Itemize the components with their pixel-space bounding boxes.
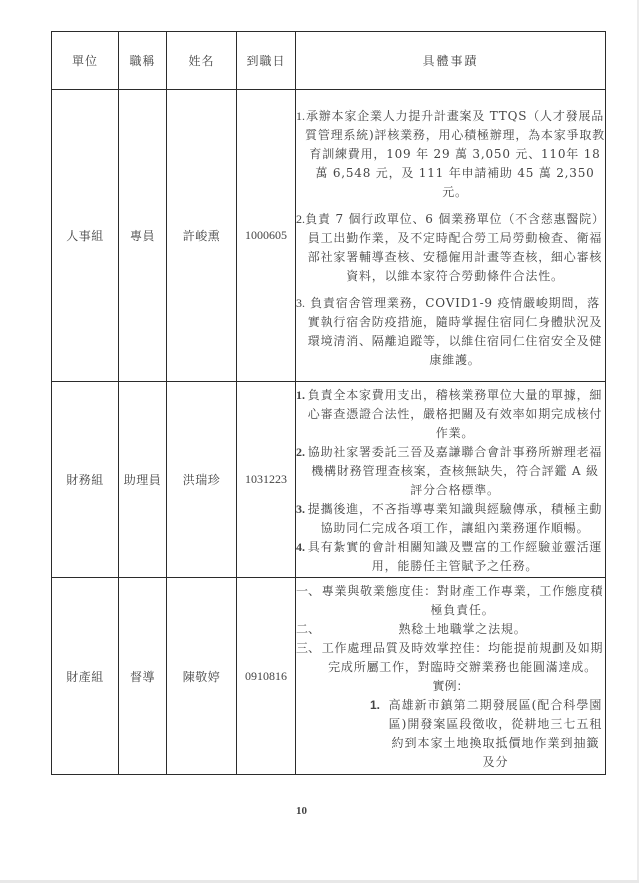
cell-name: 許峻熏 bbox=[167, 90, 237, 382]
cell-details: 1. 承辦本家企業人力提升計畫案及 TTQS（人才發展品質管理系統)評核業務，用… bbox=[296, 90, 606, 382]
detail-item: 4. 具有紮實的會計相關知識及豐富的工作經驗並靈活運用，能勝任主管賦予之任務。 bbox=[296, 538, 605, 576]
detail-number: 3. bbox=[296, 294, 305, 370]
cell-unit: 財產組 bbox=[52, 578, 119, 775]
detail-number: 2. bbox=[296, 443, 305, 500]
personnel-achievements-table: 單位 職稱 姓名 到職日 具體事蹟 人事組 專員 許峻熏 1000605 1. … bbox=[51, 31, 606, 775]
cell-start-date: 0910816 bbox=[237, 578, 296, 775]
detail-item: 1. 承辦本家企業人力提升計畫案及 TTQS（人才發展品質管理系統)評核業務，用… bbox=[296, 107, 605, 202]
example-text: 高雄新市鎮第二期發展區(配合科學園區)開發案區段徵收，從耕地三七五租約到本家土地… bbox=[386, 696, 605, 772]
example-label: 實例： bbox=[296, 677, 605, 696]
detail-number: 1. bbox=[296, 107, 305, 202]
detail-item: 1. 負責全本家費用支出，稽核業務單位大量的單據，細心審查憑證合法性，嚴格把關及… bbox=[296, 386, 605, 443]
header-details: 具體事蹟 bbox=[296, 32, 606, 90]
cell-details: 一、 專業與敬業態度佳：對財產工作專業，工作態度積極負責任。 二、 熟稔土地職掌… bbox=[296, 578, 606, 775]
cell-details: 1. 負責全本家費用支出，稽核業務單位大量的單據，細心審查憑證合法性，嚴格把關及… bbox=[296, 382, 606, 578]
example-number: 1. bbox=[364, 696, 386, 772]
cell-name: 陳敬婷 bbox=[167, 578, 237, 775]
detail-item: 2. 協助社家署委託三晉及嘉謙聯合會計事務所辦理老福機構財務管理查核案，查核無缺… bbox=[296, 443, 605, 500]
detail-number: 三、 bbox=[296, 639, 320, 677]
detail-text: 提攜後進，不吝指導專業知識與經驗傳承，積極主動協助同仁完成各項工作，讓組內業務運… bbox=[305, 500, 605, 538]
detail-number: 1. bbox=[296, 386, 305, 443]
cell-unit: 財務組 bbox=[52, 382, 119, 578]
table-header-row: 單位 職稱 姓名 到職日 具體事蹟 bbox=[52, 32, 606, 90]
detail-text: 熟稔土地職掌之法規。 bbox=[320, 620, 605, 639]
detail-number: 4. bbox=[296, 538, 305, 576]
header-unit: 單位 bbox=[52, 32, 119, 90]
cell-start-date: 1000605 bbox=[237, 90, 296, 382]
detail-text: 承辦本家企業人力提升計畫案及 TTQS（人才發展品質管理系統)評核業務，用心積極… bbox=[305, 107, 605, 202]
cell-name: 洪瑞珍 bbox=[167, 382, 237, 578]
detail-number: 3. bbox=[296, 500, 305, 538]
detail-text: 具有紮實的會計相關知識及豐富的工作經驗並靈活運用，能勝任主管賦予之任務。 bbox=[305, 538, 605, 576]
header-start-date: 到職日 bbox=[237, 32, 296, 90]
detail-item: 2. 負責 7 個行政單位、6 個業務單位（不含慈惠醫院）員工出勤作業，及不定時… bbox=[296, 210, 605, 286]
detail-text: 負責宿舍管理業務，COVID1-9 疫情嚴峻期間，落實執行宿舍防疫措施，隨時掌握… bbox=[305, 294, 605, 370]
detail-number: 2. bbox=[296, 210, 305, 286]
page-number: 10 bbox=[0, 805, 603, 817]
table-row: 人事組 專員 許峻熏 1000605 1. 承辦本家企業人力提升計畫案及 TTQ… bbox=[52, 90, 606, 382]
detail-text: 工作處理品質及時效掌控佳：均能提前規劃及如期完成所屬工作，對臨時交辦業務也能圓滿… bbox=[320, 639, 605, 677]
detail-item: 3. 負責宿舍管理業務，COVID1-9 疫情嚴峻期間，落實執行宿舍防疫措施，隨… bbox=[296, 294, 605, 370]
detail-text: 負責全本家費用支出，稽核業務單位大量的單據，細心審查憑證合法性，嚴格把關及有效率… bbox=[305, 386, 605, 443]
cell-title: 專員 bbox=[119, 90, 167, 382]
header-name: 姓名 bbox=[167, 32, 237, 90]
detail-text: 協助社家署委託三晉及嘉謙聯合會計事務所辦理老福機構財務管理查核案，查核無缺失，符… bbox=[305, 443, 605, 500]
header-title: 職稱 bbox=[119, 32, 167, 90]
detail-text: 負責 7 個行政單位、6 個業務單位（不含慈惠醫院）員工出勤作業，及不定時配合勞… bbox=[305, 210, 605, 286]
detail-number: 一、 bbox=[296, 582, 320, 620]
cell-title: 督導 bbox=[119, 578, 167, 775]
detail-item: 二、 熟稔土地職掌之法規。 bbox=[296, 620, 605, 639]
cell-title: 助理員 bbox=[119, 382, 167, 578]
detail-item: 一、 專業與敬業態度佳：對財產工作專業，工作態度積極負責任。 bbox=[296, 582, 605, 620]
table-row: 財務組 助理員 洪瑞珍 1031223 1. 負責全本家費用支出，稽核業務單位大… bbox=[52, 382, 606, 578]
example-item: 1. 高雄新市鎮第二期發展區(配合科學園區)開發案區段徵收，從耕地三七五租約到本… bbox=[296, 696, 605, 772]
cell-unit: 人事組 bbox=[52, 90, 119, 382]
detail-text: 專業與敬業態度佳：對財產工作專業，工作態度積極負責任。 bbox=[320, 582, 605, 620]
detail-item: 三、 工作處理品質及時效掌控佳：均能提前規劃及如期完成所屬工作，對臨時交辦業務也… bbox=[296, 639, 605, 677]
detail-number: 二、 bbox=[296, 620, 320, 639]
table-row: 財產組 督導 陳敬婷 0910816 一、 專業與敬業態度佳：對財產工作專業，工… bbox=[52, 578, 606, 775]
detail-item: 3. 提攜後進，不吝指導專業知識與經驗傳承，積極主動協助同仁完成各項工作，讓組內… bbox=[296, 500, 605, 538]
cell-start-date: 1031223 bbox=[237, 382, 296, 578]
